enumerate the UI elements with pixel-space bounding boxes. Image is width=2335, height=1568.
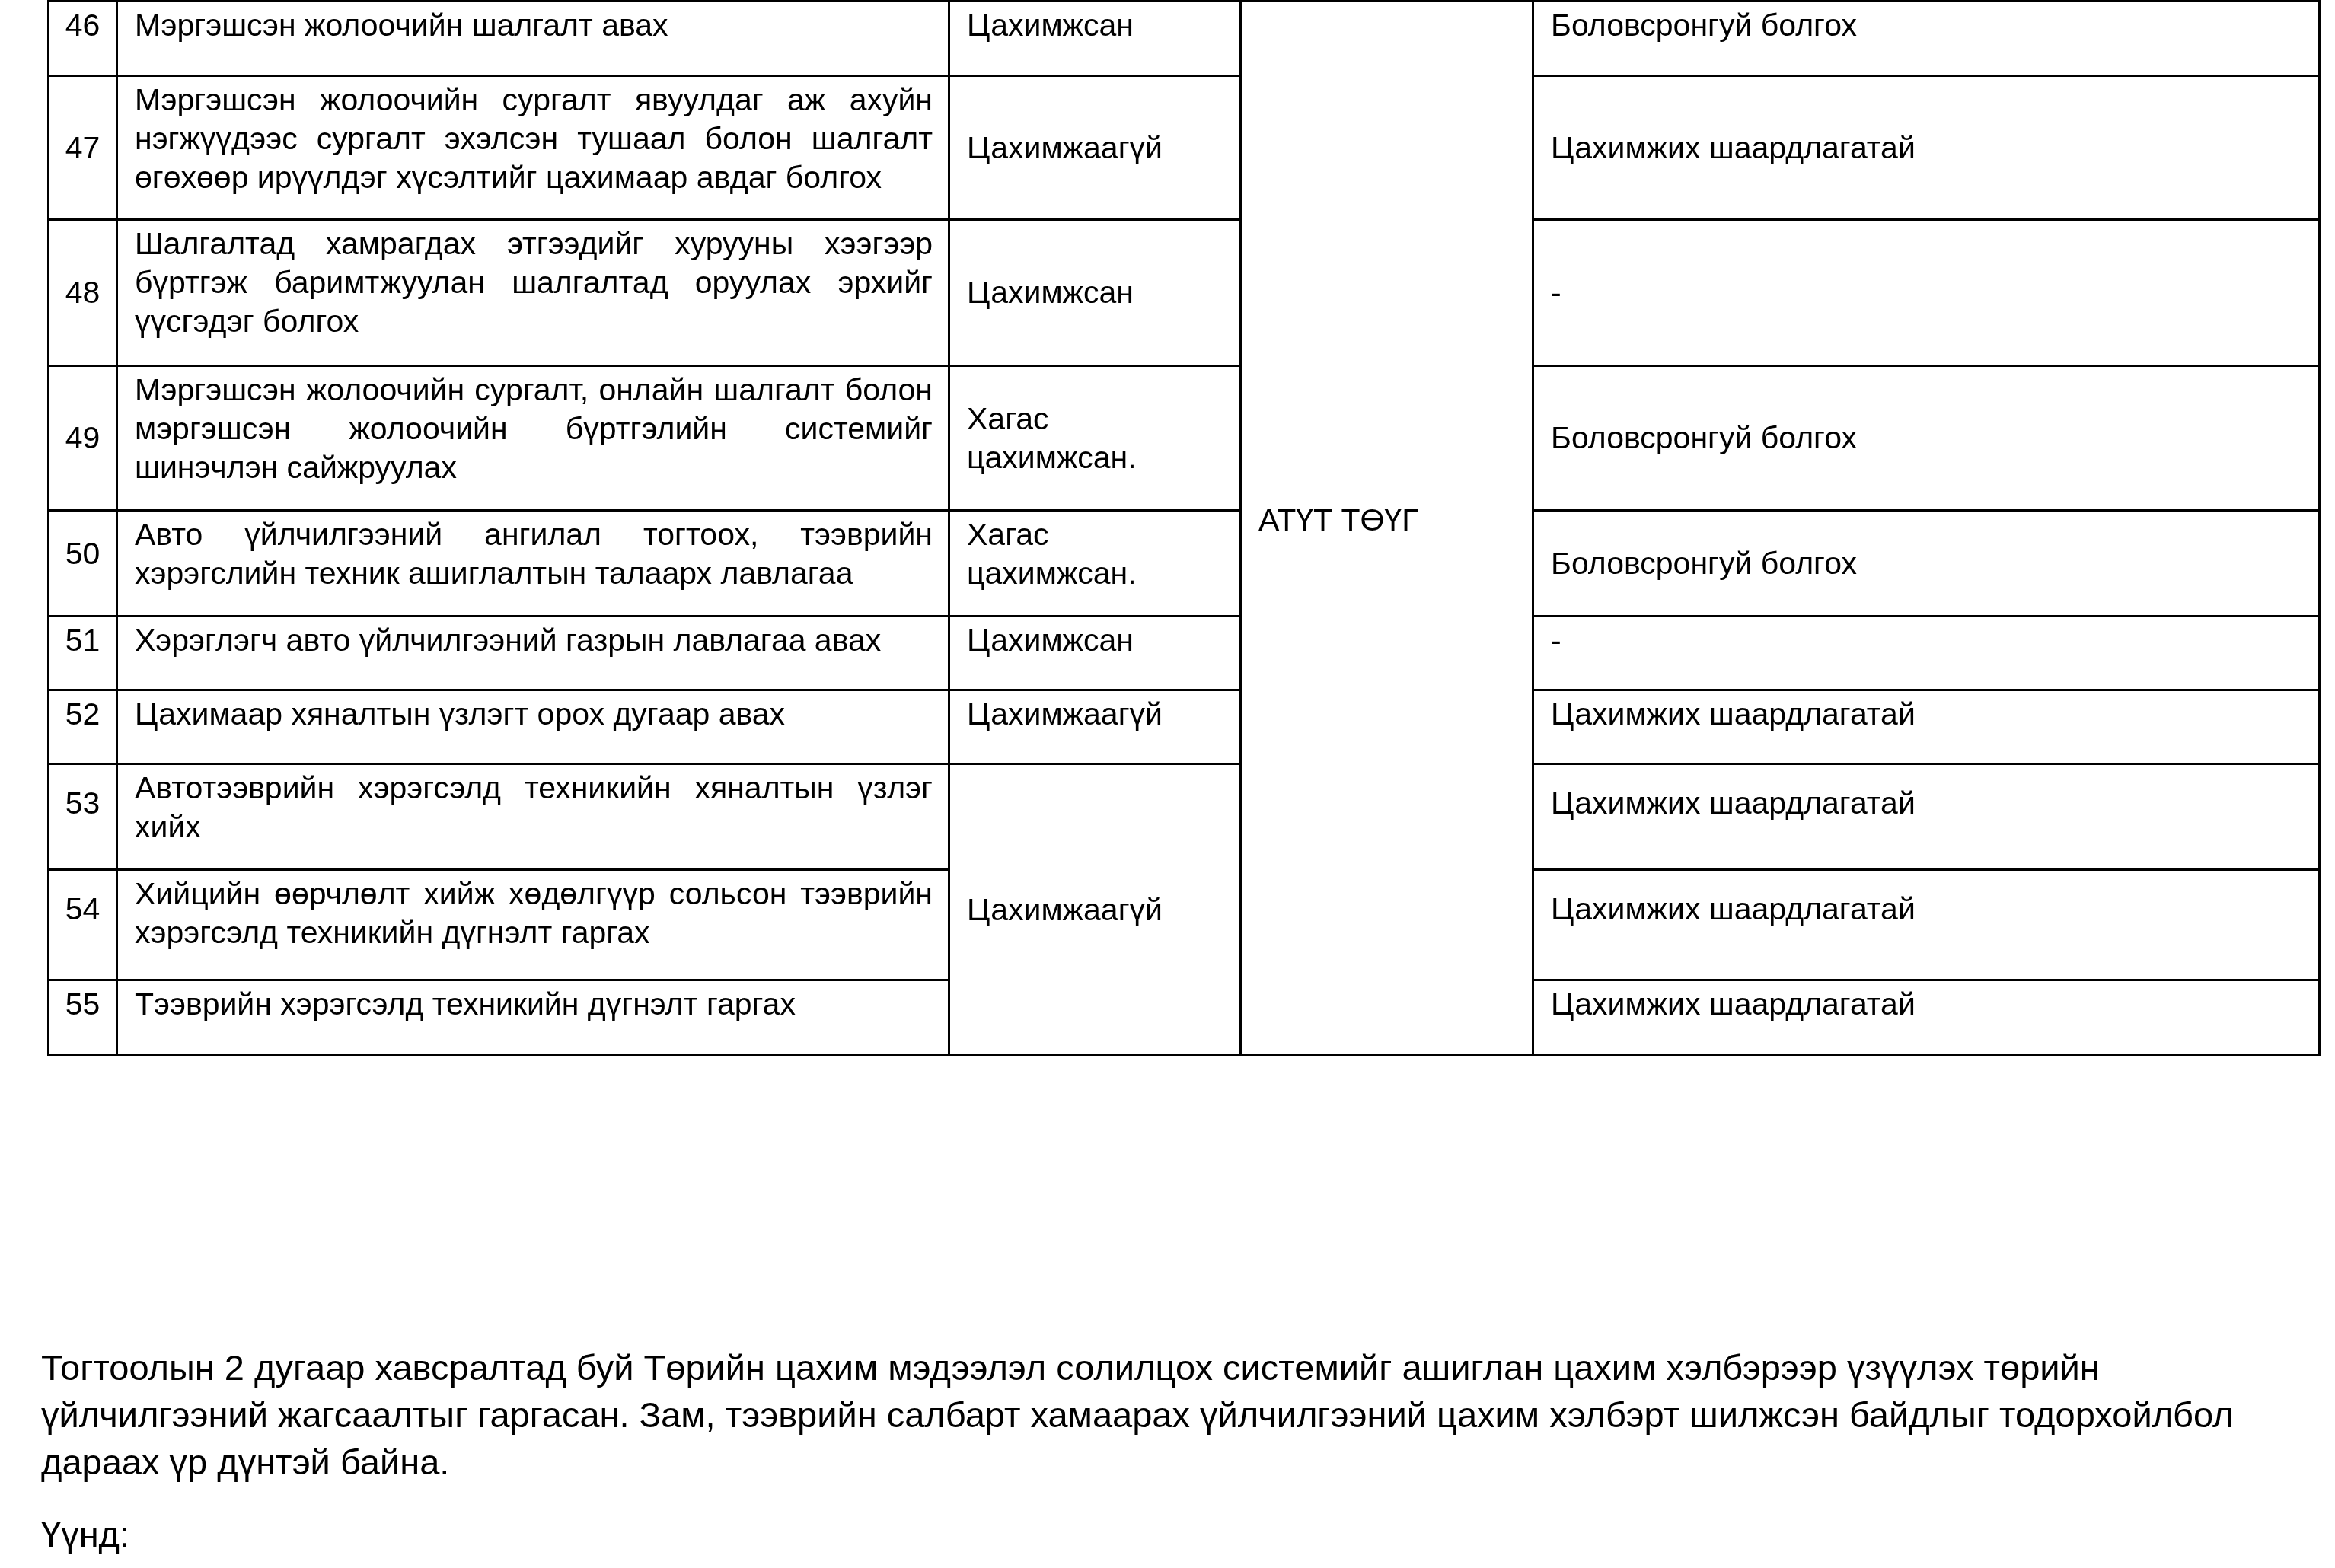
- table-row: 52 Цахимаар хяналтын үзлэгт орох дугаар …: [49, 690, 2320, 764]
- table-row: 48 Шалгалтад хамрагдах этгээдийг хурууны…: [49, 220, 2320, 366]
- digitization-status: Цахимжсан: [949, 220, 1241, 366]
- row-number: 50: [49, 511, 117, 617]
- table-row: 47 Мэргэшсэн жолоочийн сургалт явуулдаг …: [49, 76, 2320, 220]
- table-row: 51 Хэрэглэгч авто үйлчилгээний газрын ла…: [49, 617, 2320, 690]
- digitization-status: Цахимжсан: [949, 2, 1241, 76]
- list-intro-heading: Үүнд:: [41, 1511, 129, 1558]
- recommendation-note: Цахимжих шаардлагатай: [1533, 76, 2320, 220]
- recommendation-note: Боловсронгуй болгох: [1533, 2, 2320, 76]
- digitization-status: Хагас цахимжсан.: [949, 366, 1241, 511]
- service-description: Шалгалтад хамрагдах этгээдийг хурууны хэ…: [117, 220, 949, 366]
- recommendation-note: -: [1533, 220, 2320, 366]
- recommendation-note: Цахимжих шаардлагатай: [1533, 980, 2320, 1056]
- service-description: Тээврийн хэрэгсэлд техникийн дүгнэлт гар…: [117, 980, 949, 1056]
- recommendation-note: Цахимжих шаардлагатай: [1533, 870, 2320, 980]
- row-number: 46: [49, 2, 117, 76]
- service-description: Цахимаар хяналтын үзлэгт орох дугаар ава…: [117, 690, 949, 764]
- recommendation-note: -: [1533, 617, 2320, 690]
- table-row: 49 Мэргэшсэн жолоочийн сургалт, онлайн ш…: [49, 366, 2320, 511]
- row-number: 52: [49, 690, 117, 764]
- recommendation-note: Цахимжих шаардлагатай: [1533, 764, 2320, 870]
- service-description: Мэргэшсэн жолоочийн сургалт явуулдаг аж …: [117, 76, 949, 220]
- recommendation-note: Цахимжих шаардлагатай: [1533, 690, 2320, 764]
- row-number: 55: [49, 980, 117, 1056]
- recommendation-note: Боловсронгуй болгох: [1533, 511, 2320, 617]
- row-number: 47: [49, 76, 117, 220]
- service-description: Авто үйлчилгээний ангилал тогтоох, тээвр…: [117, 511, 949, 617]
- row-number: 53: [49, 764, 117, 870]
- digitization-status-merged: Цахимжаагүй: [949, 764, 1241, 1056]
- recommendation-note: Боловсронгуй болгох: [1533, 366, 2320, 511]
- row-number: 48: [49, 220, 117, 366]
- table-row: 50 Авто үйлчилгээний ангилал тогтоох, тэ…: [49, 511, 2320, 617]
- digitization-status: Хагас цахимжсан.: [949, 511, 1241, 617]
- service-description: Мэргэшсэн жолоочийн сургалт, онлайн шалг…: [117, 366, 949, 511]
- responsible-organization: АТҮТ ТӨҮГ: [1241, 2, 1533, 1056]
- digitization-status: Цахимжаагүй: [949, 76, 1241, 220]
- row-number: 54: [49, 870, 117, 980]
- row-number: 49: [49, 366, 117, 511]
- digitization-status: Цахимжаагүй: [949, 690, 1241, 764]
- service-description: Хийцийн өөрчлөлт хийж хөдөлгүүр сольсон …: [117, 870, 949, 980]
- body-paragraph: Тогтоолын 2 дугаар хавсралтад буй Төрийн…: [41, 1344, 2295, 1486]
- row-number: 51: [49, 617, 117, 690]
- table-row: 53 Автотээврийн хэрэгсэлд техникийн хяна…: [49, 764, 2320, 870]
- service-description: Хэрэглэгч авто үйлчилгээний газрын лавла…: [117, 617, 949, 690]
- service-description: Мэргэшсэн жолоочийн шалгалт авах: [117, 2, 949, 76]
- table-row: 46 Мэргэшсэн жолоочийн шалгалт авах Цахи…: [49, 2, 2320, 76]
- digitization-status: Цахимжсан: [949, 617, 1241, 690]
- service-description: Автотээврийн хэрэгсэлд техникийн хяналты…: [117, 764, 949, 870]
- services-table: 46 Мэргэшсэн жолоочийн шалгалт авах Цахи…: [47, 0, 2321, 1056]
